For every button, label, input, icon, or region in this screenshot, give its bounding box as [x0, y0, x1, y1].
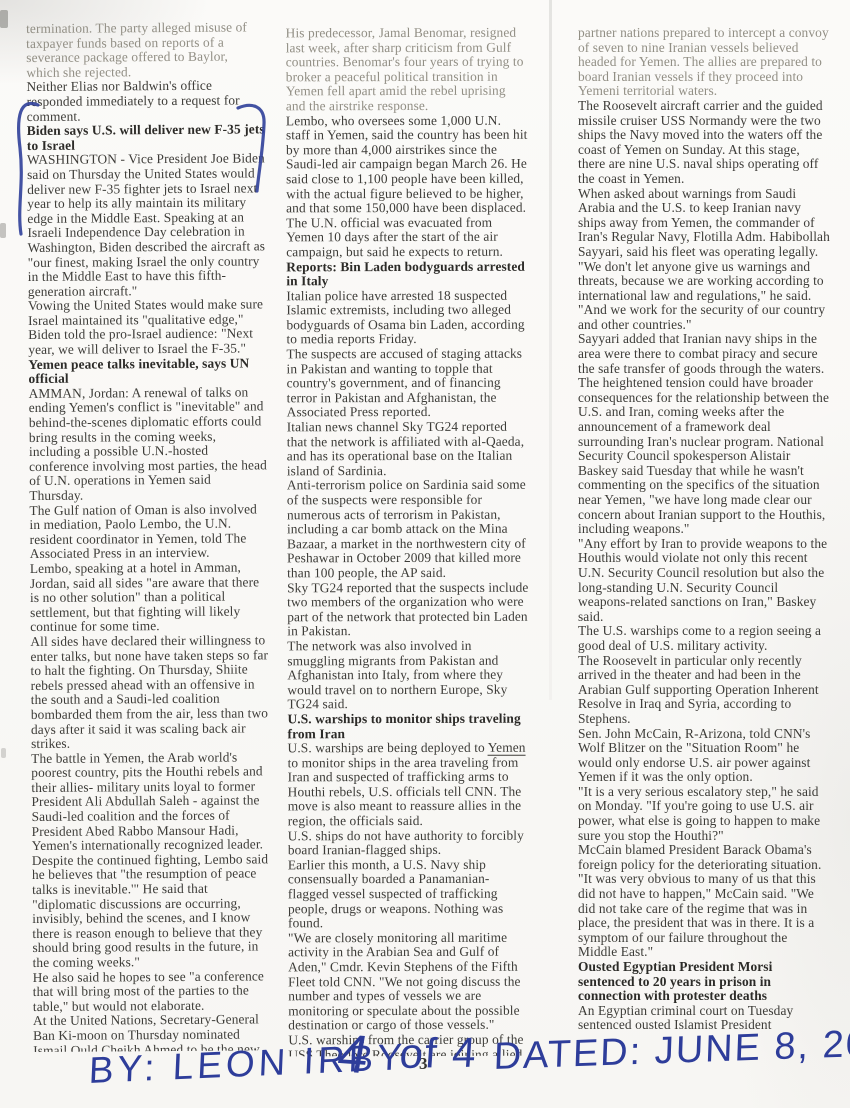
article-paragraph: Lembo, who oversees some 1,000 U.N. staf… [286, 113, 528, 216]
article-paragraph: Neither Elias nor Baldwin's office respo… [26, 79, 264, 124]
article-paragraph: AMMAN, Jordan: A renewal of talks on end… [29, 385, 268, 503]
article-paragraph: His predecessor, Jamal Benomar, resigned… [286, 26, 528, 114]
scan-edge-smudge [0, 10, 8, 28]
article-column-left: termination. The party alleged misuse of… [26, 20, 271, 1052]
handwritten-date-label: DATED: JUNE 8, 2015 [493, 1021, 850, 1079]
handwritten-annotation-line: 3 BY: LEON IRBY 4 of 4 DATED: JUNE 8, 20… [0, 1028, 850, 1108]
article-headline: Ousted Egyptian President Morsi sentence… [578, 960, 830, 1004]
scan-edge-smudge [0, 223, 6, 238]
article-headline: Yemen peace talks inevitable, says UN of… [28, 356, 266, 387]
article-paragraph: WASHINGTON - Vice President Joe Biden sa… [27, 152, 266, 300]
article-paragraph: "It is a very serious escalatory step," … [578, 785, 830, 843]
article-paragraph: "We don't let anyone give us warnings an… [578, 260, 830, 304]
article-paragraph: McCain blamed President Barack Obama's f… [578, 843, 830, 872]
article-paragraph: U.S. ships do not have authority to forc… [288, 828, 530, 858]
article-paragraph: The U.N. official was evacuated from Yem… [286, 215, 528, 259]
underlined-word: Yemen [488, 740, 526, 756]
article-paragraph: Sayyari added that Iranian navy ships in… [578, 332, 830, 376]
article-headline: Biden says U.S. will deliver new F-35 je… [27, 122, 265, 153]
article-paragraph: The Roosevelt aircraft carrier and the g… [578, 99, 830, 187]
article-column-right: partner nations prepared to intercept a … [578, 26, 830, 1056]
scan-edge-smudge [1, 748, 6, 758]
handwritten-of-label: of 4 [398, 1029, 479, 1078]
article-paragraph: He also said he hopes to see "a conferen… [33, 969, 271, 1014]
article-paragraph: Sky TG24 reported that the suspects incl… [287, 580, 529, 639]
article-paragraph: partner nations prepared to intercept a … [578, 26, 830, 99]
article-paragraph: When asked about warnings from Saudi Ara… [578, 187, 830, 260]
article-paragraph: The Gulf nation of Oman is also involved… [29, 502, 267, 562]
article-paragraph: "We are closely monitoring all maritime … [288, 930, 530, 1033]
article-paragraph: The U.S. warships come to a region seein… [578, 624, 830, 653]
article-paragraph: Earlier this month, a U.S. Navy ship con… [288, 858, 530, 932]
article-paragraph: U.S. warships are being deployed to Yeme… [288, 741, 530, 829]
article-paragraph: The battle in Yemen, the Arab world's po… [31, 750, 270, 854]
article-headline: U.S. warships to monitor ships traveling… [287, 712, 529, 742]
article-paragraph: Vowing the United States would make sure… [28, 298, 266, 358]
article-headline: Reports: Bin Laden bodyguards arrested i… [286, 259, 528, 289]
article-paragraph: Italian police have arrested 18 suspecte… [286, 288, 528, 347]
article-paragraph: The suspects are accused of staging atta… [286, 347, 528, 421]
article-paragraph: Sen. John McCain, R-Arizona, told CNN's … [578, 727, 830, 785]
article-paragraph: "And we work for the security of our cou… [578, 303, 830, 332]
article-paragraph: The network was also involved in smuggli… [287, 639, 529, 713]
article-column-middle: His predecessor, Jamal Benomar, resigned… [286, 26, 531, 1057]
scanned-newspaper-page: termination. The party alleged misuse of… [0, 0, 850, 1108]
article-paragraph: Italian news channel Sky TG24 reported t… [287, 420, 529, 479]
page-fold-line [549, 0, 552, 700]
article-paragraph: "It was very obvious to many of us that … [578, 872, 830, 960]
article-paragraph: The heightened tension could have broade… [578, 376, 830, 537]
article-paragraph: Despite the continued fighting, Lembo sa… [32, 852, 271, 970]
article-paragraph: termination. The party alleged misuse of… [26, 20, 264, 80]
article-paragraph: The Roosevelt in particular only recentl… [578, 654, 830, 727]
article-paragraph: Anti-terrorism police on Sardinia said s… [287, 478, 529, 581]
article-paragraph: All sides have declared their willingnes… [30, 633, 269, 751]
article-paragraph: "Any effort by Iran to provide weapons t… [578, 537, 830, 625]
article-paragraph: Lembo, speaking at a hotel in Amman, Jor… [30, 560, 269, 635]
